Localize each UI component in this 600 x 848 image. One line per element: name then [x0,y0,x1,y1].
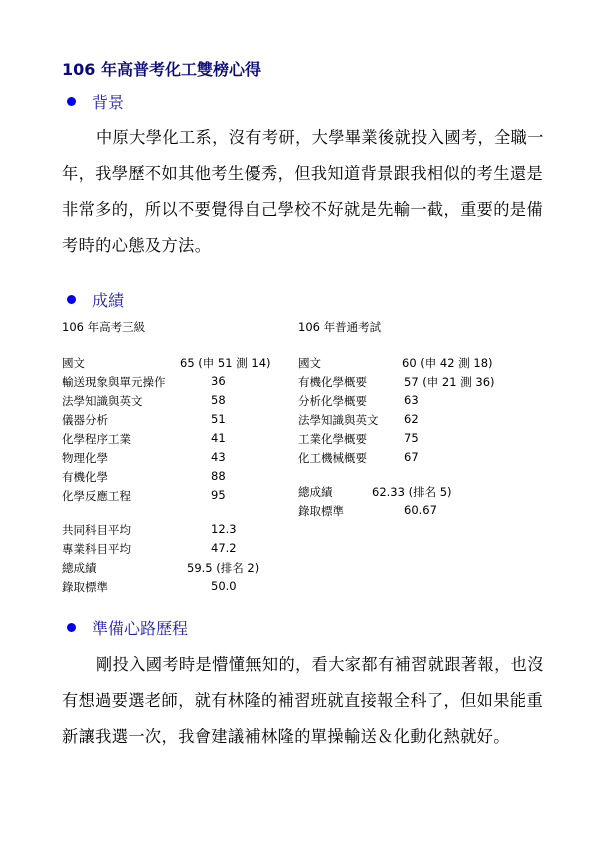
bullet-icon [67,97,76,106]
subject-score: 65 (申 51 測 14) [180,355,271,371]
summary-value: 12.3 [211,522,237,536]
summary-value: 62.33 (排名 5) [372,484,452,500]
exam-title: 106 年高考三級 [62,319,145,335]
subject-label: 國文 [62,355,85,371]
subject-label: 法學知識與英文 [62,393,143,409]
paragraph-line: 中原大學化工系，沒有考研，大學畢業後就投入國考，全職一 [96,124,544,148]
subject-score: 95 [211,488,226,502]
subject-label: 法學知識與英文 [298,412,379,428]
subject-label: 輸送現象與單元操作 [62,374,166,390]
subject-score: 51 [211,412,226,426]
subject-score: 60 (申 42 測 18) [402,355,493,371]
subject-label: 有機化學概要 [298,374,367,390]
summary-label: 總成績 [62,560,97,576]
section-heading-preparation: 準備心路歷程 [92,616,188,639]
paragraph-line: 新讓我選一次，我會建議補林隆的單操輸送＆化動化熱就好。 [62,723,510,747]
subject-label: 化學程序工業 [62,431,131,447]
subject-label: 化學反應工程 [62,488,131,504]
summary-value: 50.0 [211,579,237,593]
subject-score: 41 [211,431,226,445]
summary-value: 59.5 (排名 2) [187,560,259,576]
summary-label: 錄取標準 [298,503,344,519]
bullet-icon [67,295,76,304]
subject-label: 分析化學概要 [298,393,367,409]
summary-label: 共同科目平均 [62,522,131,538]
subject-label: 化工機械概要 [298,450,367,466]
summary-label: 專業科目平均 [62,541,131,557]
subject-label: 國文 [298,355,321,371]
subject-score: 43 [211,450,226,464]
subject-score: 75 [404,431,419,445]
paragraph-line: 年，我學歷不如其他考生優秀，但我知道背景跟我相似的考生還是 [62,160,543,184]
paragraph-line: 考時的心態及方法。 [62,232,211,256]
subject-score: 57 (申 21 測 36) [404,374,495,390]
paragraph-line: 非常多的，所以不要覺得自己學校不好就是先輸一截，重要的是備 [62,196,543,220]
subject-label: 有機化學 [62,469,108,485]
summary-label: 錄取標準 [62,579,108,595]
document-title: 106 年高普考化工雙榜心得 [62,57,261,80]
paragraph-line: 剛投入國考時是懵懂無知的，看大家都有補習就跟著報，也沒 [96,651,544,675]
subject-score: 58 [211,393,226,407]
subject-score: 63 [404,393,419,407]
summary-value: 60.67 [404,503,437,517]
subject-score: 88 [211,469,226,483]
section-heading-background: 背景 [92,90,124,113]
subject-score: 67 [404,450,419,464]
summary-label: 總成績 [298,484,333,500]
subject-label: 工業化學概要 [298,431,367,447]
exam-title: 106 年普通考試 [298,319,381,335]
bullet-icon [67,623,76,632]
subject-score: 62 [404,412,419,426]
section-heading-scores: 成績 [92,288,124,311]
paragraph-line: 有想過要選老師，就有林隆的補習班就直接報全科了，但如果能重 [62,687,543,711]
subject-score: 36 [211,374,226,388]
summary-value: 47.2 [211,541,237,555]
subject-label: 物理化學 [62,450,108,466]
subject-label: 儀器分析 [62,412,108,428]
